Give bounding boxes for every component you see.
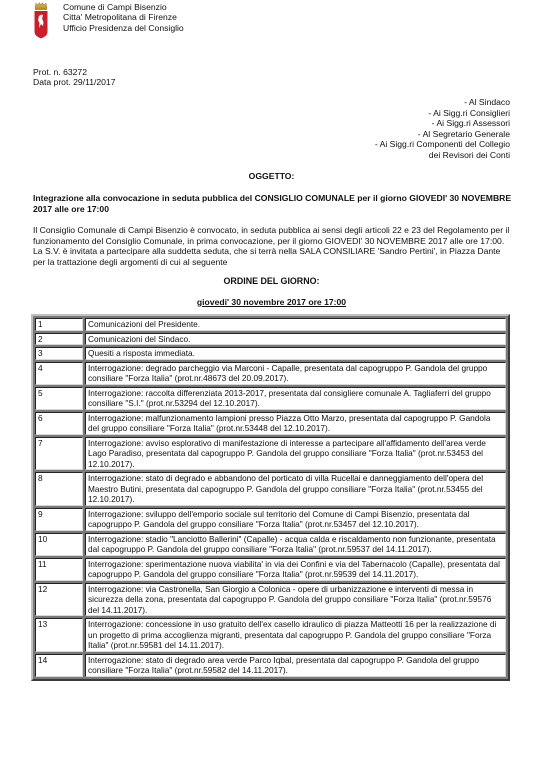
agenda-item-number: 5 <box>35 387 83 410</box>
agenda-row: 5Interrogazione: raccolta differenziata … <box>35 387 506 410</box>
recipient: dei Revisori dei Conti <box>375 150 510 161</box>
subject-label: OGGETTO: <box>0 171 543 181</box>
agenda-item-number: 10 <box>35 533 83 556</box>
agenda-item-number: 1 <box>35 318 83 331</box>
agenda-item-text: Interrogazione: sviluppo dell'emporio so… <box>85 508 506 531</box>
agenda-item-text: Interrogazione: stadio "Lanciotto Baller… <box>85 533 506 556</box>
metropolitan-city-name: Citta' Metropolitana di Firenze <box>63 12 184 22</box>
agenda-row: 11Interrogazione: sperimentazione nuova … <box>35 558 506 581</box>
recipient: - Al Segretario Generale <box>375 129 510 140</box>
organization-name: Comune di Campi Bisenzio Citta' Metropol… <box>63 2 184 33</box>
recipient: - Ai Sigg.ri Consiglieri <box>375 108 510 119</box>
agenda-item-text: Interrogazione: sperimentazione nuova vi… <box>85 558 506 581</box>
agenda-item-number: 3 <box>35 347 83 360</box>
agenda-item-text: Interrogazione: stato di degrado e abban… <box>85 472 506 506</box>
agenda-item-number: 2 <box>35 333 83 346</box>
recipients-list: - Al Sindaco - Ai Sigg.ri Consiglieri - … <box>375 97 510 161</box>
recipient: - Ai Sigg.ri Componenti del Collegio <box>375 139 510 150</box>
agenda-item-text: Comunicazioni del Presidente. <box>85 318 506 331</box>
agenda-item-number: 13 <box>35 618 83 652</box>
protocol-number: Prot. n. 63272 <box>33 67 116 77</box>
agenda-row: 9Interrogazione: sviluppo dell'emporio s… <box>35 508 506 531</box>
agenda-item-text: Interrogazione: avviso esplorativo di ma… <box>85 437 506 471</box>
agenda-row: 6Interrogazione: malfunzionamento lampio… <box>35 412 506 435</box>
office-name: Ufficio Presidenza del Consiglio <box>63 23 184 33</box>
agenda-item-number: 7 <box>35 437 83 471</box>
agenda-item-number: 6 <box>35 412 83 435</box>
agenda-item-text: Interrogazione: via Castronella, San Gio… <box>85 583 506 617</box>
agenda-row: 7Interrogazione: avviso esplorativo di m… <box>35 437 506 471</box>
agenda-row: 2Comunicazioni del Sindaco. <box>35 333 506 346</box>
agenda-row: 10Interrogazione: stadio "Lanciotto Ball… <box>35 533 506 556</box>
agenda-item-text: Quesiti a risposta immediata. <box>85 347 506 360</box>
agenda-item-text: Comunicazioni del Sindaco. <box>85 333 506 346</box>
agenda-row: 8Interrogazione: stato di degrado e abba… <box>35 472 506 506</box>
agenda-item-number: 9 <box>35 508 83 531</box>
protocol-date: Data prot. 29/11/2017 <box>33 77 116 87</box>
agenda-item-text: Interrogazione: stato di degrado area ve… <box>85 654 506 677</box>
protocol-info: Prot. n. 63272 Data prot. 29/11/2017 <box>33 67 116 88</box>
agenda-item-text: Interrogazione: malfunzionamento lampion… <box>85 412 506 435</box>
agenda-row: 13Interrogazione: concessione in uso gra… <box>35 618 506 652</box>
convocation-paragraph: Il Consiglio Comunale di Campi Bisenzio … <box>33 225 515 267</box>
agenda-item-text: Interrogazione: concessione in uso gratu… <box>85 618 506 652</box>
agenda-row: 14Interrogazione: stato di degrado area … <box>35 654 506 677</box>
agenda-title: ORDINE DEL GIORNO: <box>0 276 543 286</box>
agenda-item-text: Interrogazione: degrado parcheggio via M… <box>85 362 506 385</box>
agenda-item-number: 14 <box>35 654 83 677</box>
recipient: - Al Sindaco <box>375 97 510 108</box>
agenda-row: 12Interrogazione: via Castronella, San G… <box>35 583 506 617</box>
agenda-item-number: 11 <box>35 558 83 581</box>
agenda-item-number: 8 <box>35 472 83 506</box>
agenda-row: 4Interrogazione: degrado parcheggio via … <box>35 362 506 385</box>
recipient: - Ai Sigg.ri Assessori <box>375 118 510 129</box>
municipal-coat-of-arms-icon <box>34 2 48 39</box>
agenda-item-number: 12 <box>35 583 83 617</box>
agenda-date: giovedi' 30 novembre 2017 ore 17:00 <box>0 297 543 307</box>
agenda-row: 3Quesiti a risposta immediata. <box>35 347 506 360</box>
agenda-item-number: 4 <box>35 362 83 385</box>
agenda-table: 1Comunicazioni del Presidente.2Comunicaz… <box>31 314 510 681</box>
subject-text: Integrazione alla convocazione in seduta… <box>33 193 513 214</box>
agenda-item-text: Interrogazione: raccolta differenziata 2… <box>85 387 506 410</box>
agenda-row: 1Comunicazioni del Presidente. <box>35 318 506 331</box>
municipality-name: Comune di Campi Bisenzio <box>63 2 184 12</box>
